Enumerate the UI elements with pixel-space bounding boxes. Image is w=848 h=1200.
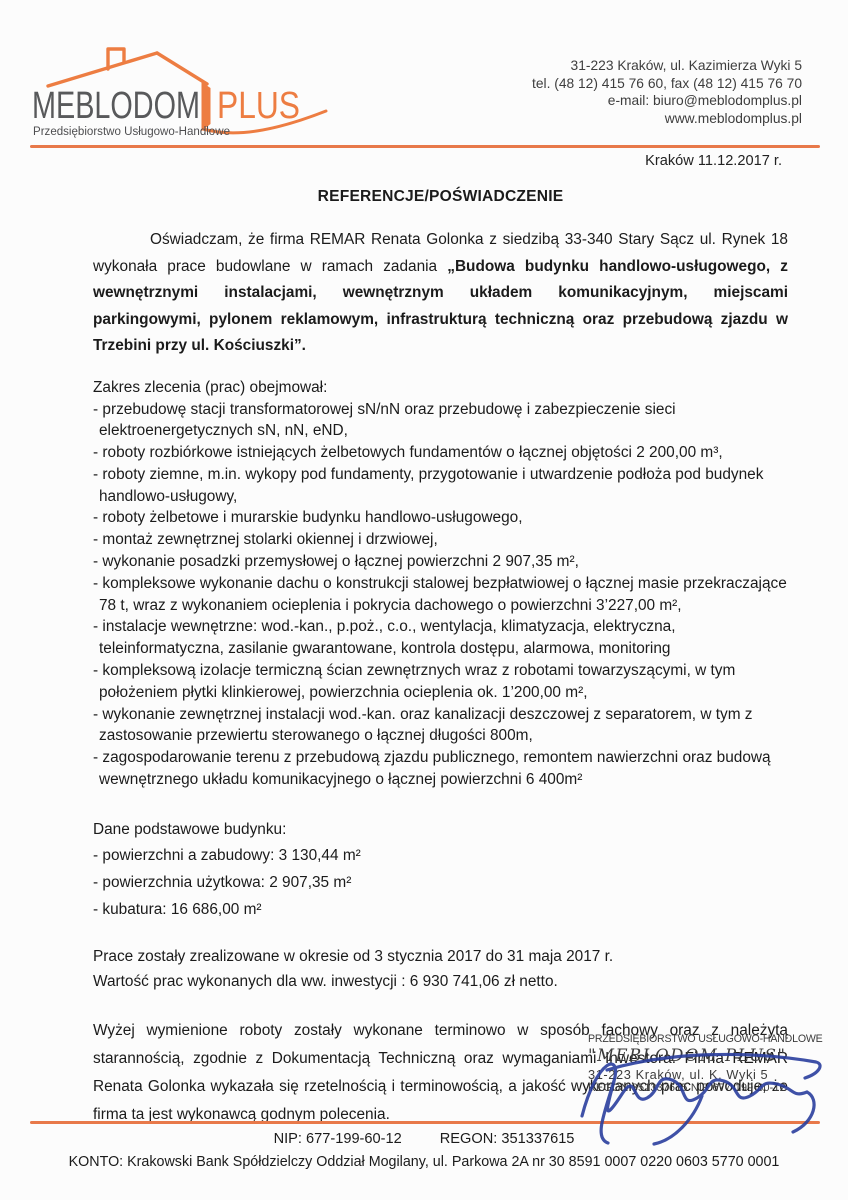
- company-logo: MEBLODOM PLUS Przedsiębiorstwo Usługowo-…: [30, 42, 340, 142]
- contact-address: 31-223 Kraków, ul. Kazimierza Wyki 5: [532, 57, 802, 75]
- logo-subtitle: Przedsiębiorstwo Usługowo-Handlowe: [33, 124, 230, 138]
- building-data-item: - powierzchnia użytkowa: 2 907,35 m²: [93, 869, 788, 896]
- completion-value: Wartość prac wykonanych dla ww. inwestyc…: [93, 969, 788, 994]
- scope-item: - instalacje wewnętrzne: wod.-kan., p.po…: [93, 616, 788, 660]
- contact-block: 31-223 Kraków, ul. Kazimierza Wyki 5 tel…: [532, 57, 802, 127]
- footer-konto: KONTO: Krakowski Bank Spółdzielczy Oddzi…: [0, 1154, 848, 1170]
- header-divider: [30, 145, 820, 148]
- scope-item: - kompleksowe wykonanie dachu o konstruk…: [93, 573, 788, 617]
- building-data-list: - powierzchni a zabudowy: 3 130,44 m² - …: [93, 842, 788, 923]
- footer-nip: NIP: 677-199-60-12: [274, 1131, 402, 1147]
- scope-item: - roboty żelbetowe i murarskie budynku h…: [93, 507, 788, 529]
- scope-item: - wykonanie posadzki przemysłowej o łącz…: [93, 551, 788, 573]
- scope-item: - roboty rozbiórkowe istniejących żelbet…: [93, 442, 788, 464]
- completion-period: Prace zostały zrealizowane w okresie od …: [93, 944, 788, 969]
- document-title: REFERENCJE/POŚWIADCZENIE: [93, 188, 788, 206]
- scope-heading: Zakres zlecenia (prac) obejmował:: [93, 377, 788, 399]
- building-data-item: - powierzchni a zabudowy: 3 130,44 m²: [93, 842, 788, 869]
- signature: [552, 1036, 837, 1148]
- contact-website: www.meblodomplus.pl: [532, 110, 802, 128]
- logo-wordmark-primary: MEBLODOM: [32, 85, 200, 127]
- building-data-heading: Dane podstawowe budynku:: [93, 818, 788, 842]
- building-data-item: - kubatura: 16 686,00 m²: [93, 896, 788, 923]
- intro-paragraph: Oświadczam, że firma REMAR Renata Golonk…: [93, 227, 788, 360]
- letter-body: REFERENCJE/POŚWIADCZENIE Oświadczam, że …: [93, 188, 788, 1129]
- contact-email: e-mail: biuro@meblodomplus.pl: [532, 92, 802, 110]
- document-page: MEBLODOM PLUS Przedsiębiorstwo Usługowo-…: [0, 0, 848, 1200]
- scope-item: - przebudowę stacji transformatorowej sN…: [93, 399, 788, 443]
- scope-item: - kompleksową izolacje termiczną ścian z…: [93, 660, 788, 704]
- date-line: Kraków 11.12.2017 r.: [645, 153, 782, 169]
- scope-item: - wykonanie zewnętrznej instalacji wod.-…: [93, 704, 788, 748]
- contact-phone-fax: tel. (48 12) 415 76 60, fax (48 12) 415 …: [532, 75, 802, 93]
- scope-item: - montaż zewnętrznej stolarki okiennej i…: [93, 529, 788, 551]
- scope-item: - zagospodarowanie terenu z przebudową z…: [93, 747, 788, 791]
- scope-item: - roboty ziemne, m.in. wykopy pod fundam…: [93, 464, 788, 508]
- logo-wordmark-accent: PLUS: [217, 85, 300, 127]
- scope-list: - przebudowę stacji transformatorowej sN…: [93, 399, 788, 791]
